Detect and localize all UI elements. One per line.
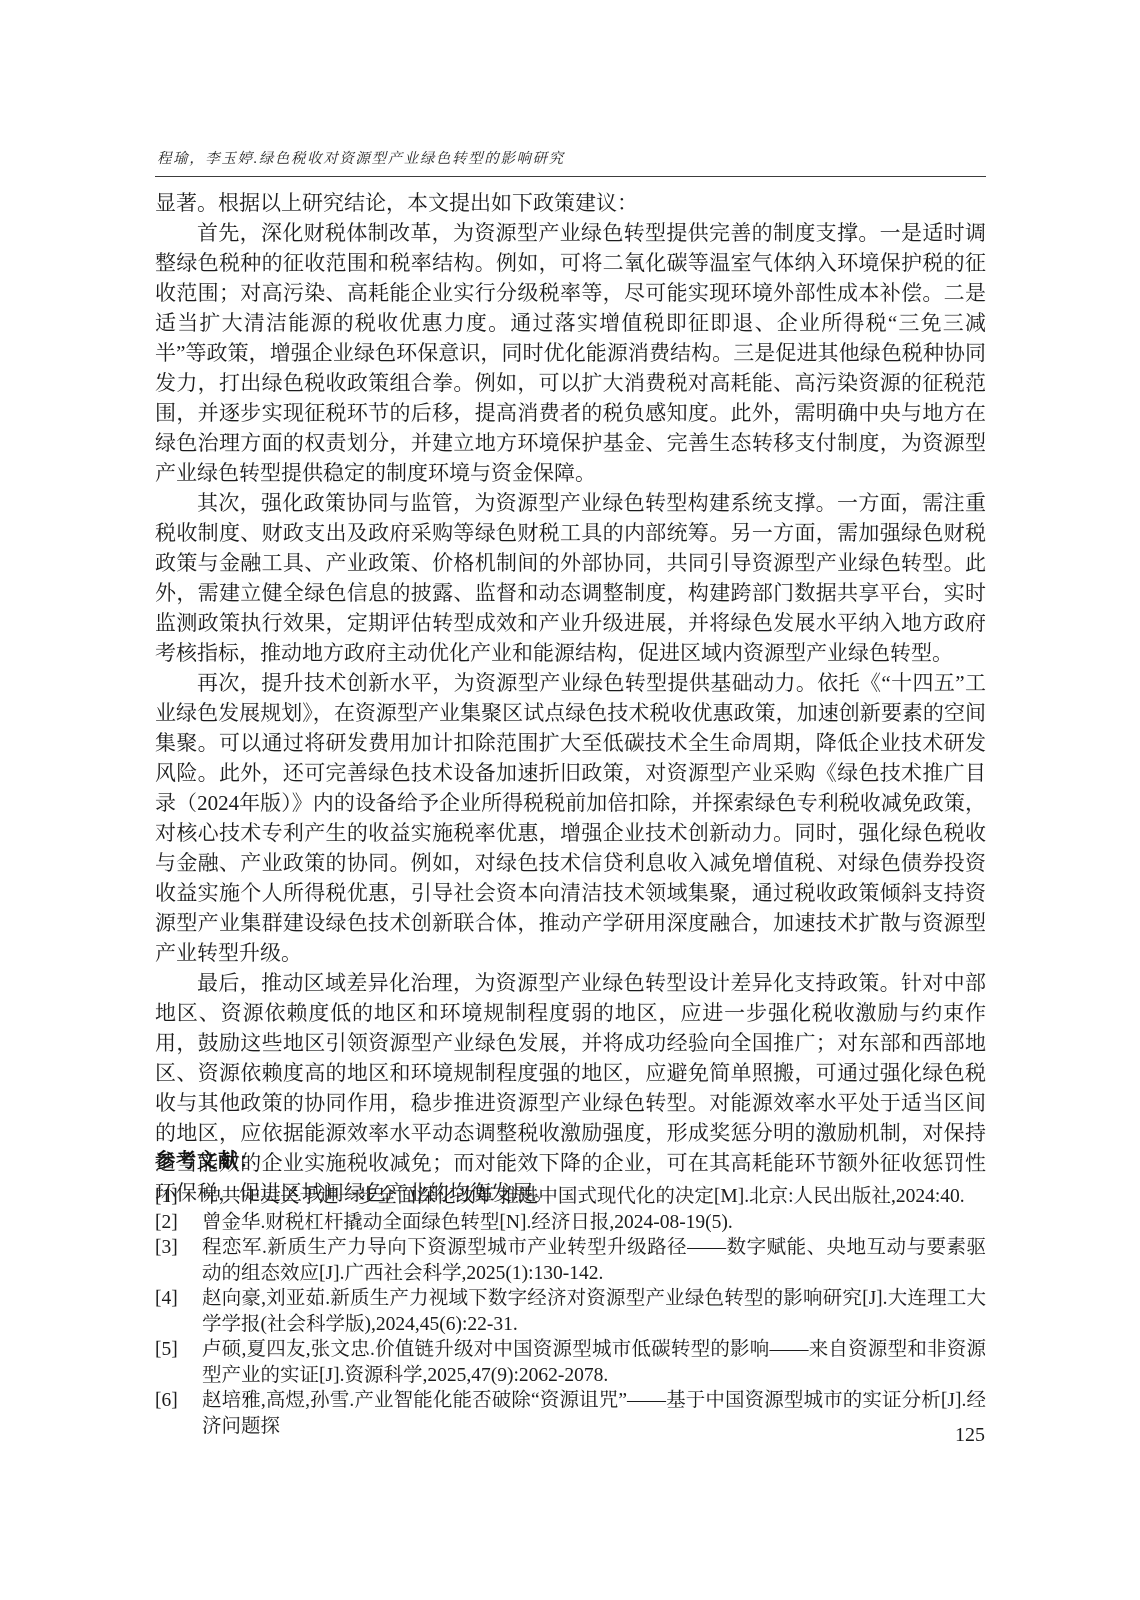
body-paragraph-continuation: 显著。根据以上研究结论，本文提出如下政策建议： <box>155 188 986 218</box>
reference-text: 曾金华.财税杠杆撬动全面绿色转型[N].经济日报,2024-08-19(5). <box>202 1210 986 1236</box>
reference-number: [4] <box>155 1286 202 1337</box>
document-page: 程瑜，李玉婷.绿色税收对资源型产业绿色转型的影响研究 显著。根据以上研究结论，本… <box>0 0 1140 1600</box>
body-content: 显著。根据以上研究结论，本文提出如下政策建议： 首先，深化财税体制改革，为资源型… <box>155 188 986 1208</box>
reference-text: 中共中央关于进一步全面深化改革 推进中国式现代化的决定[M].北京:人民出版社,… <box>202 1184 986 1210</box>
reference-number: [6] <box>155 1388 202 1439</box>
references-heading: 参考文献： <box>155 1144 986 1173</box>
reference-item: [3] 程恋军.新质生产力导向下资源型城市产业转型升级路径——数字赋能、央地互动… <box>155 1235 986 1286</box>
reference-item: [1] 中共中央关于进一步全面深化改革 推进中国式现代化的决定[M].北京:人民… <box>155 1184 986 1210</box>
reference-item: [2] 曾金华.财税杠杆撬动全面绿色转型[N].经济日报,2024-08-19(… <box>155 1210 986 1236</box>
reference-item: [6] 赵培雅,高煜,孙雪.产业智能化能否破除“资源诅咒”——基于中国资源型城市… <box>155 1388 986 1439</box>
reference-item: [5] 卢硕,夏四友,张文忠.价值链升级对中国资源型城市低碳转型的影响——来自资… <box>155 1337 986 1388</box>
reference-number: [1] <box>155 1184 202 1210</box>
body-paragraph-third: 再次，提升技术创新水平，为资源型产业绿色转型提供基础动力。依托《“十四五”工业绿… <box>155 668 986 968</box>
running-head: 程瑜，李玉婷.绿色税收对资源型产业绿色转型的影响研究 <box>157 147 987 168</box>
references-section: 参考文献： [1] 中共中央关于进一步全面深化改革 推进中国式现代化的决定[M]… <box>155 1144 986 1439</box>
reference-text: 卢硕,夏四友,张文忠.价值链升级对中国资源型城市低碳转型的影响——来自资源型和非… <box>202 1337 986 1388</box>
reference-text: 赵培雅,高煜,孙雪.产业智能化能否破除“资源诅咒”——基于中国资源型城市的实证分… <box>202 1388 986 1439</box>
page-number: 125 <box>885 1424 985 1447</box>
reference-item: [4] 赵向豪,刘亚茹.新质生产力视域下数字经济对资源型产业绿色转型的影响研究[… <box>155 1286 986 1337</box>
reference-number: [5] <box>155 1337 202 1388</box>
reference-number: [3] <box>155 1235 202 1286</box>
body-paragraph-second: 其次，强化政策协同与监管，为资源型产业绿色转型构建系统支撑。一方面，需注重税收制… <box>155 488 986 668</box>
reference-text: 赵向豪,刘亚茹.新质生产力视域下数字经济对资源型产业绿色转型的影响研究[J].大… <box>202 1286 986 1337</box>
header-divider <box>155 176 986 177</box>
reference-text: 程恋军.新质生产力导向下资源型城市产业转型升级路径——数字赋能、央地互动与要素驱… <box>202 1235 986 1286</box>
body-paragraph-first: 首先，深化财税体制改革，为资源型产业绿色转型提供完善的制度支撑。一是适时调整绿色… <box>155 218 986 488</box>
reference-number: [2] <box>155 1210 202 1236</box>
